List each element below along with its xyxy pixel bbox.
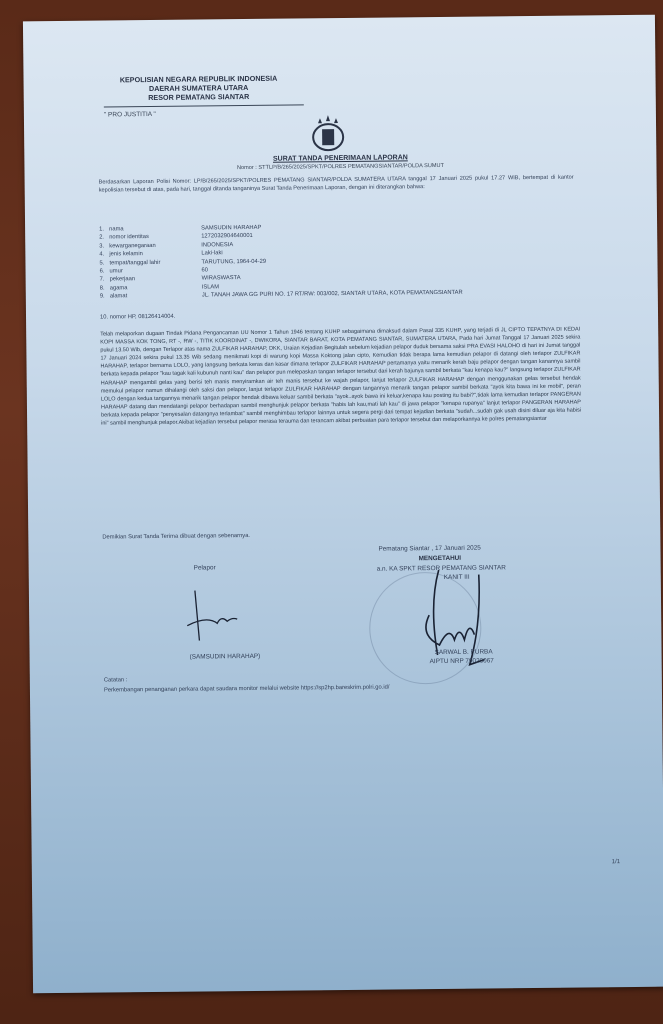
identity-num: 8.	[100, 284, 110, 293]
incident-narrative: Telah melaporkan dugaan Tindak Pidana Pe…	[100, 326, 581, 428]
identity-num: 3.	[99, 242, 109, 251]
identity-label: alamat	[110, 292, 202, 301]
letterhead-divider	[104, 104, 304, 107]
pelapor-label: Pelapor	[194, 564, 216, 571]
notes-label: Catatan :	[104, 677, 128, 683]
identity-num: 6.	[100, 267, 110, 276]
identity-num: 1.	[99, 225, 109, 234]
reporter-signature	[177, 585, 248, 646]
closing-statement: Demikian Surat Tanda Terima dibuat denga…	[102, 533, 250, 541]
intro-paragraph: Berdasarkan Laporan Polisi Nomor: LP/B/2…	[99, 174, 574, 195]
identity-num: 7.	[100, 276, 110, 285]
identity-num: 9.	[100, 293, 110, 302]
officer-name: SARWAL B. PURBA	[435, 648, 493, 656]
pro-justitia: " PRO JUSTITIA "	[104, 111, 156, 119]
police-emblem-icon	[310, 113, 346, 153]
identity-num: 4.	[99, 251, 109, 260]
acknowledged-label: MENGETAHUI	[419, 555, 462, 562]
letterhead: KEPOLISIAN NEGARA REPUBLIK INDONESIA DAE…	[103, 74, 293, 103]
identity-num: 5.	[99, 259, 109, 268]
notes-text: Perkembangan penanganan perkara dapat sa…	[104, 685, 390, 694]
reporter-identity: 1.namaSAMSUDIN HARAHAP2.nomor identitas1…	[99, 221, 580, 302]
phone-number: 10. nomor HP, 08126414004.	[100, 314, 175, 321]
org-line-3: RESOR PEMATANG SIANTAR	[104, 92, 294, 103]
document-page: KEPOLISIAN NEGARA REPUBLIK INDONESIA DAE…	[23, 15, 663, 994]
identity-num: 2.	[99, 234, 109, 243]
page-number: 1/1	[612, 859, 620, 865]
officer-nrp: AIPTU NRP 79020067	[430, 657, 494, 665]
reporter-name: (SAMSUDIN HARAHAP)	[190, 653, 261, 661]
place-date: Pematang Siantar , 17 Januari 2025	[378, 545, 480, 553]
